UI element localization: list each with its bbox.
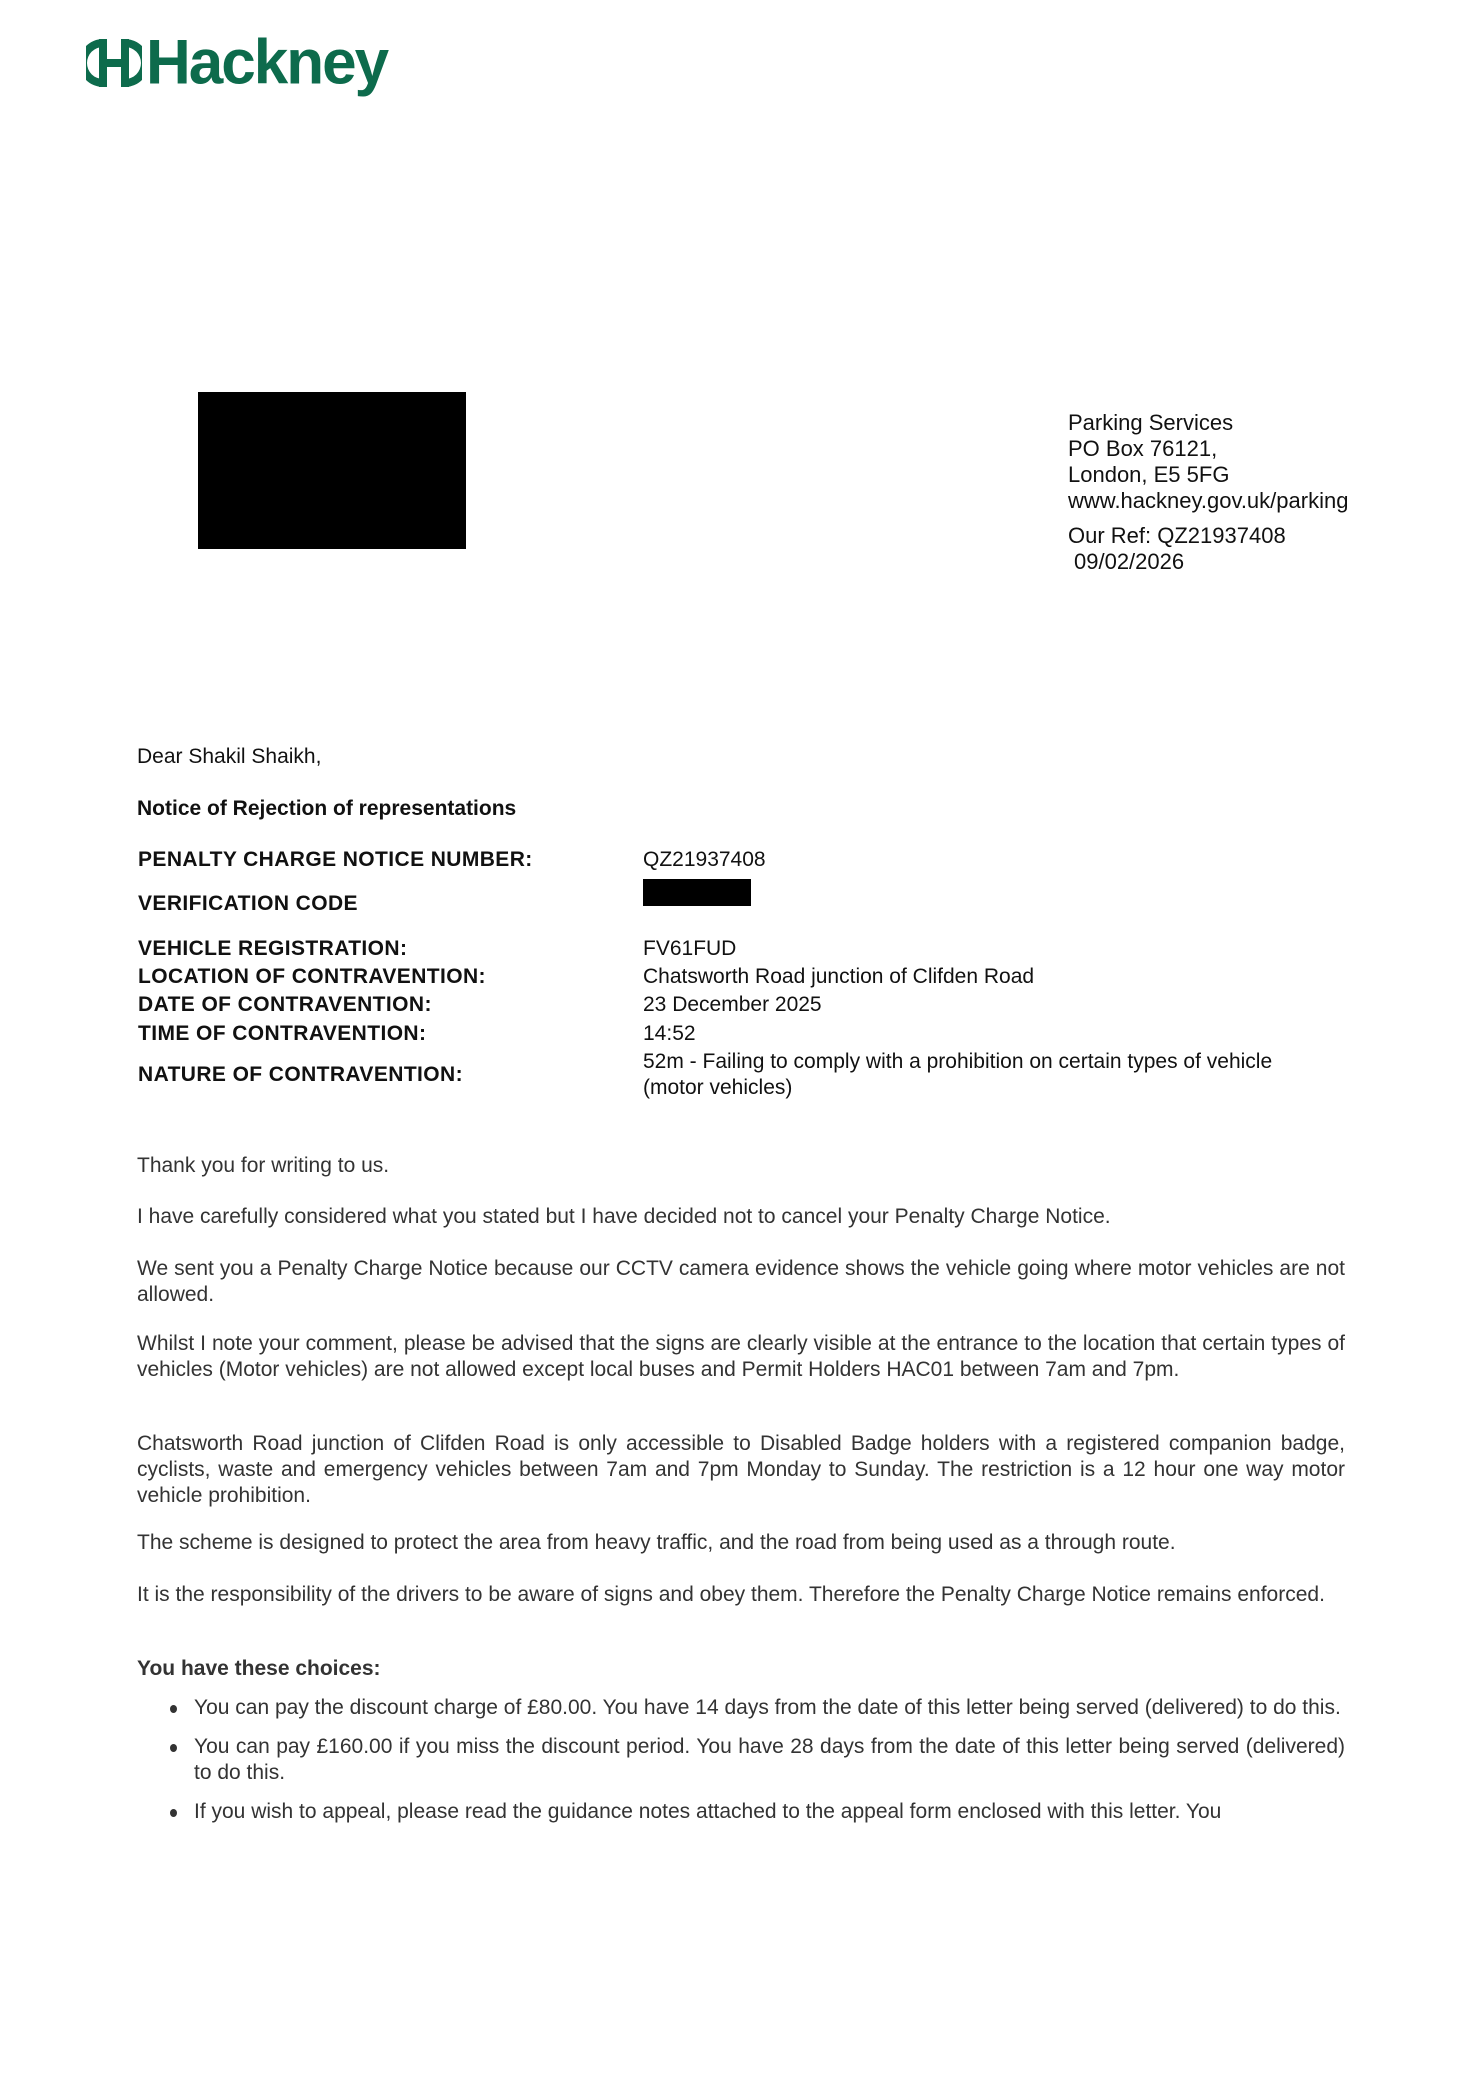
choice-text: You can pay the discount charge of £80.0…	[194, 1696, 1341, 1719]
vehicle-registration-label: VEHICLE REGISTRATION:	[138, 937, 407, 961]
choice-text: If you wish to appeal, please read the g…	[194, 1800, 1221, 1823]
paragraph-thanks: Thank you for writing to us.	[137, 1153, 1345, 1179]
choices-heading: You have these choices:	[137, 1656, 1345, 1682]
paragraph-access: Chatsworth Road junction of Clifden Road…	[137, 1431, 1345, 1509]
nature-value-line2: (motor vehicles)	[643, 1076, 792, 1100]
paragraph-reason: We sent you a Penalty Charge Notice beca…	[137, 1256, 1345, 1308]
location-value: Chatsworth Road junction of Clifden Road	[643, 965, 1034, 989]
nature-label: NATURE OF CONTRAVENTION:	[138, 1063, 463, 1087]
choice-item: You can pay £160.00 if you miss the disc…	[137, 1734, 1345, 1786]
hackney-logo: Hackney	[86, 32, 387, 94]
salutation: Dear Shakil Shaikh,	[137, 745, 321, 769]
logo-wordmark: Hackney	[146, 31, 387, 94]
paragraph-responsibility: It is the responsibility of the drivers …	[137, 1582, 1345, 1608]
time-label: TIME OF CONTRAVENTION:	[138, 1022, 426, 1046]
verification-code-label: VERIFICATION CODE	[138, 892, 358, 916]
sender-address-line2: London, E5 5FG	[1068, 462, 1348, 488]
choice-item: You can pay the discount charge of £80.0…	[137, 1695, 1345, 1721]
our-reference: Our Ref: QZ21937408	[1068, 523, 1348, 549]
sender-website-link[interactable]: www.hackney.gov.uk/parking	[1068, 488, 1348, 514]
choice-text: You can pay £160.00 if you miss the disc…	[194, 1735, 1345, 1784]
choice-item: If you wish to appeal, please read the g…	[137, 1799, 1345, 1825]
pcn-number-label: PENALTY CHARGE NOTICE NUMBER:	[138, 848, 533, 872]
notice-title: Notice of Rejection of representations	[137, 797, 516, 821]
paragraph-signage: Whilst I note your comment, please be ad…	[137, 1331, 1345, 1383]
sender-address-block: Parking Services PO Box 76121, London, E…	[1068, 410, 1348, 575]
hackney-h-roundel-icon	[86, 35, 142, 91]
bullet-icon	[170, 1705, 177, 1713]
redacted-verification-code	[643, 879, 751, 906]
bullet-icon	[170, 1809, 177, 1817]
redacted-recipient-address	[198, 392, 466, 549]
date-label: DATE OF CONTRAVENTION:	[138, 993, 432, 1017]
sender-address-line1: PO Box 76121,	[1068, 436, 1348, 462]
nature-value-line1: 52m - Failing to comply with a prohibiti…	[643, 1050, 1272, 1074]
paragraph-decision: I have carefully considered what you sta…	[137, 1204, 1345, 1230]
pcn-number-value: QZ21937408	[643, 848, 766, 872]
letter-date: 09/02/2026	[1068, 549, 1348, 575]
choices-list: You can pay the discount charge of £80.0…	[137, 1695, 1345, 1838]
bullet-icon	[170, 1744, 177, 1752]
time-value: 14:52	[643, 1022, 696, 1046]
sender-department: Parking Services	[1068, 410, 1348, 436]
paragraph-scheme: The scheme is designed to protect the ar…	[137, 1530, 1345, 1556]
vehicle-registration-value: FV61FUD	[643, 937, 736, 961]
date-value: 23 December 2025	[643, 993, 822, 1017]
location-label: LOCATION OF CONTRAVENTION:	[138, 965, 486, 989]
